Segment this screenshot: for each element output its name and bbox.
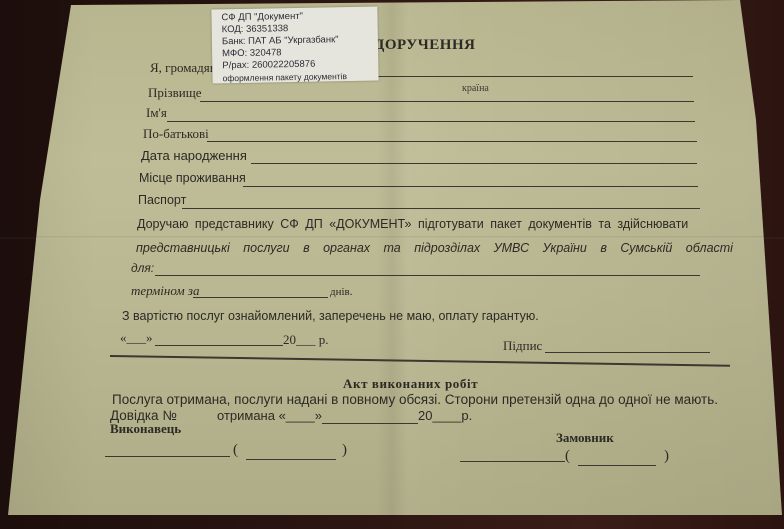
for-label: для: <box>131 261 154 275</box>
executor-paren-open: ( <box>233 442 238 459</box>
date-month-field[interactable] <box>155 345 283 346</box>
country-hint: країна <box>462 83 489 94</box>
customer-paren-open: ( <box>565 448 570 465</box>
term-label: терміном за <box>131 283 200 299</box>
date-year[interactable]: 20___ р. <box>283 332 329 348</box>
agreement-text: З вартістю послуг ознайомлений, заперече… <box>122 309 539 323</box>
signature-label: Підпис <box>503 338 542 354</box>
name-field[interactable] <box>167 121 695 122</box>
passport-label: Паспорт <box>138 193 186 207</box>
mandate-text-1: Доручаю представнику СФ ДП «ДОКУМЕНТ» пі… <box>137 217 688 231</box>
act-statement: Послуга отримана, послуги надані в повно… <box>112 392 718 407</box>
executor-paren-close: ) <box>342 442 347 459</box>
name-label: Ім'я <box>146 105 167 121</box>
residence-field[interactable] <box>243 186 698 187</box>
signature-field[interactable] <box>545 352 710 353</box>
received-year[interactable]: 20____р. <box>418 408 472 423</box>
paper-fold <box>0 236 784 239</box>
received-date-field[interactable] <box>322 423 418 424</box>
birthdate-label: Дата народження <box>141 148 247 163</box>
patronymic-label: По-батькові <box>143 126 209 142</box>
executor-name-field[interactable] <box>246 459 336 460</box>
act-title: Акт виконаних робіт <box>343 376 478 392</box>
executor-label: Виконавець <box>110 421 181 437</box>
date-day[interactable]: «___» <box>120 330 153 346</box>
term-field[interactable] <box>193 297 328 298</box>
company-stamp-sticker: СФ ДП "Документ" КОД: 36351338 Банк: ПАТ… <box>211 7 378 84</box>
birthdate-field[interactable] <box>251 163 697 164</box>
executor-signature-field[interactable] <box>105 456 230 457</box>
passport-field[interactable] <box>182 208 700 209</box>
mandate-text-2: представницькі послуги в органах та підр… <box>136 241 733 255</box>
customer-paren-close: ) <box>664 448 669 465</box>
for-field[interactable] <box>155 275 700 276</box>
patronymic-field[interactable] <box>207 141 697 142</box>
days-label: днів. <box>330 286 352 298</box>
residence-label: Місце проживання <box>139 171 246 185</box>
customer-signature-field[interactable] <box>460 461 565 462</box>
document-title: ДОРУЧЕННЯ <box>374 37 475 54</box>
customer-label: Замовник <box>556 430 614 446</box>
surname-field[interactable] <box>200 101 694 102</box>
received-label[interactable]: отримана «____» <box>217 408 322 423</box>
surname-label: Прізвище <box>148 85 202 101</box>
customer-name-field[interactable] <box>578 465 656 466</box>
